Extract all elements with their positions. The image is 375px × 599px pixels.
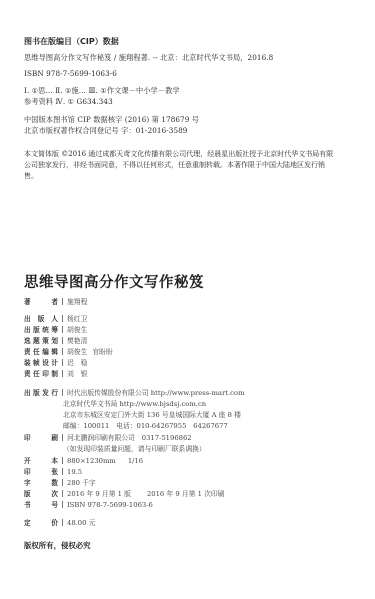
credit-publisher: 出版人 杨红卫 [24, 313, 87, 323]
credit-sheets: 印张 19.5 [24, 466, 82, 476]
cip-isbn-line: ISBN 978-7-5699-1063-6 [24, 69, 117, 78]
credit-distribution: 出版发行 时代出版传媒股份有限公司 http://www.press-mart.… [24, 387, 244, 397]
credit-value: 樊艳清 [67, 335, 87, 345]
publisher-contact: 邮编：100011 电话：010-64267955 64267677 [63, 420, 228, 430]
credit-label: 装帧设计 [24, 357, 58, 367]
credit-print-supervisor: 责任印制 刘 银 [24, 368, 87, 378]
separator [62, 468, 63, 475]
format-fold: 1/16 [128, 457, 143, 465]
credit-value: 河北鹏润印刷有限公司 0317-5196862 [67, 432, 192, 442]
credit-coordinator: 出版统筹 胡俊生 [24, 324, 87, 334]
credit-value: 280 千字 [67, 477, 96, 487]
credit-edition: 版次 2016 年 9 月第 1 版2016 年 9 月第 1 次印刷 [24, 488, 224, 498]
credit-value: 刘 银 [67, 368, 87, 378]
credit-price: 定价 48.00 元 [24, 517, 95, 527]
separator [62, 457, 63, 464]
credit-editor: 责任编辑 胡俊生官盼盼 [24, 346, 113, 356]
credit-label: 责任编辑 [24, 346, 58, 356]
separator [62, 501, 63, 508]
credit-value: 2016 年 9 月第 1 版2016 年 9 月第 1 次印刷 [67, 488, 224, 498]
credit-value: 杨红卫 [67, 313, 87, 323]
credit-label: 字数 [24, 477, 58, 487]
cip-data-number: 中国版本图书馆 CIP 数据核字 (2016) 第 178679 号 [24, 115, 199, 125]
separator [62, 490, 63, 497]
credit-label: 定价 [24, 517, 58, 527]
cip-heading: 图书在版编目（CIP）数据 [24, 36, 119, 47]
credit-label: 印张 [24, 466, 58, 476]
separator [62, 389, 63, 396]
separator [62, 359, 63, 366]
credit-label: 印刷 [24, 432, 58, 442]
editor-1: 胡俊生 [67, 348, 87, 356]
book-title: 思维导图高分作文写作秘笈 [24, 271, 204, 292]
separator [62, 326, 63, 333]
publisher-website: 北京时代华文书局 http://www.bjsdsj.com.cn [63, 398, 206, 408]
publisher-address: 北京市东城区安定门外大街 136 号皇城国际大厦 A 座 8 楼 [63, 409, 241, 419]
credit-format: 开本 880×1230mm1/16 [24, 455, 143, 465]
credit-value: ISBN 978-7-5699-1063-6 [67, 501, 153, 509]
credit-value: 19.5 [67, 468, 82, 476]
credit-value: 施翔程 [67, 296, 87, 306]
credit-label: 出版发行 [24, 387, 58, 397]
credit-label: 开本 [24, 455, 58, 465]
credit-value: 48.00 元 [67, 517, 95, 527]
credit-label: 选题策划 [24, 335, 58, 345]
separator [62, 434, 63, 441]
cip-reference-line: 参考资料 Ⅳ. ① G634.343 [24, 97, 113, 107]
printing-note: （如发现印装质量问题，请与印刷厂联系调换） [63, 443, 206, 453]
credit-value: 迟 稳 [67, 357, 87, 367]
credit-printer: 印刷 河北鹏润印刷有限公司 0317-5196862 [24, 432, 192, 442]
credit-planner: 选题策划 樊艳清 [24, 335, 87, 345]
separator [62, 348, 63, 355]
copyright-registration: 北京市版权著作权合同登记号 字：01-2016-3589 [24, 126, 188, 136]
separator [62, 370, 63, 377]
credit-value: 时代出版传媒股份有限公司 http://www.press-mart.com [67, 387, 244, 397]
credit-label: 出版人 [24, 313, 58, 323]
credit-label: 著者 [24, 296, 58, 306]
printing: 2016 年 9 月第 1 次印刷 [147, 490, 225, 498]
edition: 2016 年 9 月第 1 版 [67, 490, 131, 498]
editor-2: 官盼盼 [92, 348, 112, 356]
cip-title-line: 思维导图高分作文写作秘笈 / 施翔程著. -- 北京：北京时代华文书局，2016… [24, 53, 273, 63]
credit-isbn: 书号 ISBN 978-7-5699-1063-6 [24, 499, 153, 509]
cip-classification-line: Ⅰ. ①思… Ⅱ. ①施… Ⅲ. ①作文课－中小学－教学 [24, 86, 180, 96]
credit-designer: 装帧设计 迟 稳 [24, 357, 87, 367]
credit-value: 胡俊生官盼盼 [67, 346, 113, 356]
credit-label: 书号 [24, 499, 58, 509]
separator [62, 315, 63, 322]
credit-author: 著者 施翔程 [24, 296, 87, 306]
separator [62, 519, 63, 526]
license-notice: 本文简体版 ©2016 通过成都天鸢文化传播有限公司代理，经晨星出版社授予北京时… [24, 149, 336, 182]
credit-label: 出版统筹 [24, 324, 58, 334]
rights-reserved: 版权所有，侵权必究 [24, 540, 91, 551]
credit-label: 责任印制 [24, 368, 58, 378]
separator [62, 479, 63, 486]
separator [62, 337, 63, 344]
credit-value: 880×1230mm1/16 [67, 457, 143, 465]
credit-word-count: 字数 280 千字 [24, 477, 96, 487]
credit-label: 版次 [24, 488, 58, 498]
credit-value: 胡俊生 [67, 324, 87, 334]
separator [62, 298, 63, 305]
format-size: 880×1230mm [67, 457, 116, 465]
